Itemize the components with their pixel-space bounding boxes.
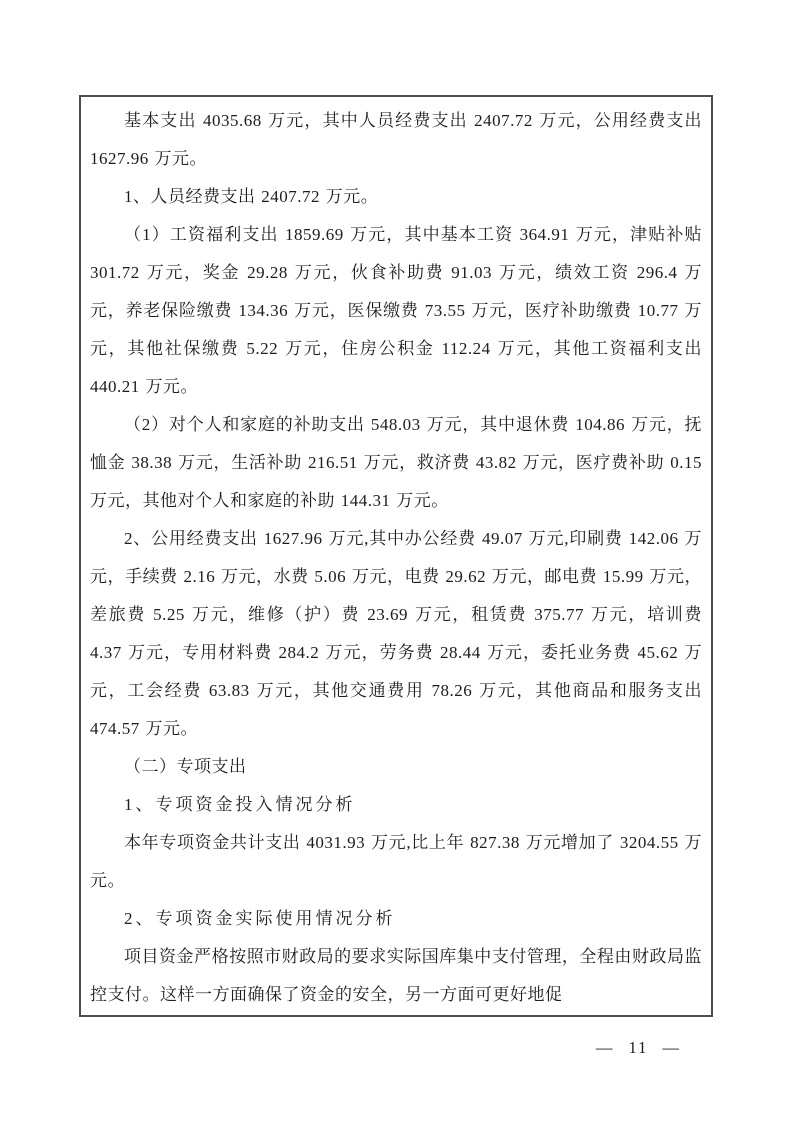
paragraph-individual-family-subsidy-detail: （2）对个人和家庭的补助支出 548.03 万元，其中退休费 104.86 万元… (90, 406, 702, 520)
content-border-box: 基本支出 4035.68 万元，其中人员经费支出 2407.72 万元，公用经费… (79, 95, 713, 1017)
heading-special-fund-investment-analysis: 1、专项资金投入情况分析 (90, 786, 702, 824)
paragraph-personnel-expenditure: 1、人员经费支出 2407.72 万元。 (90, 178, 702, 216)
page-number: — 11 — (596, 1036, 681, 1060)
document-page: 基本支出 4035.68 万元，其中人员经费支出 2407.72 万元，公用经费… (0, 0, 793, 1122)
paragraph-salary-welfare-detail: （1）工资福利支出 1859.69 万元，其中基本工资 364.91 万元，津贴… (90, 216, 702, 406)
paragraph-special-fund-total: 本年专项资金共计支出 4031.93 万元,比上年 827.38 万元增加了 3… (90, 824, 702, 900)
heading-special-fund-usage-analysis: 2、专项资金实际使用情况分析 (90, 900, 702, 938)
paragraph-public-expense-detail: 2、公用经费支出 1627.96 万元,其中办公经费 49.07 万元,印刷费 … (90, 520, 702, 748)
heading-special-expenditure: （二）专项支出 (90, 748, 702, 786)
paragraph-basic-expenditure-summary: 基本支出 4035.68 万元，其中人员经费支出 2407.72 万元，公用经费… (90, 102, 702, 178)
paragraph-fund-management: 项目资金严格按照市财政局的要求实际国库集中支付管理，全程由财政局监控支付。这样一… (90, 938, 702, 1014)
